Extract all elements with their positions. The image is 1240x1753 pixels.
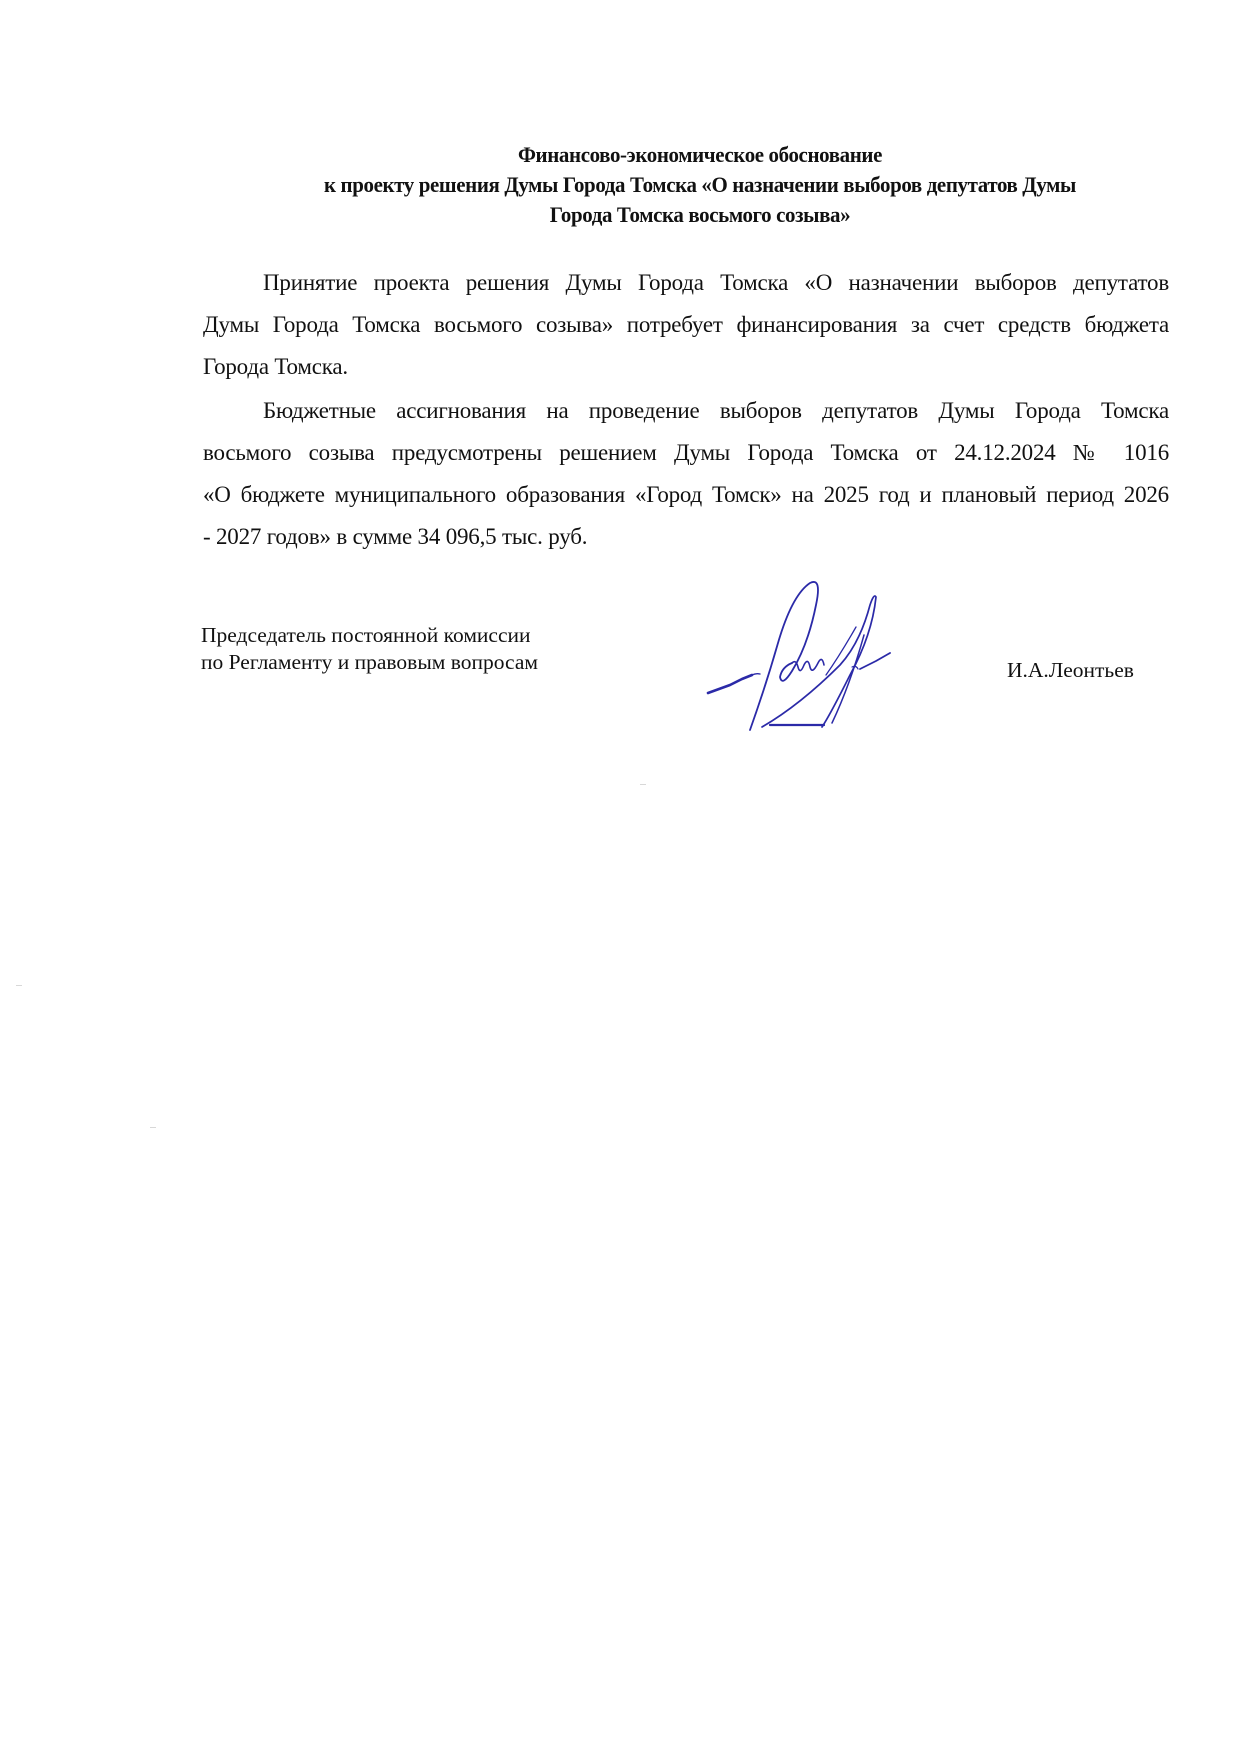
paragraph1-line-3: Города Томска. bbox=[203, 346, 1169, 388]
paragraph2-line-4: - 2027 годов» в сумме 34 096,5 тыс. руб. bbox=[203, 516, 1169, 558]
paragraph-budget: Бюджетные ассигнования на проведение выб… bbox=[203, 390, 1169, 558]
document-page: Финансово-экономическое обоснование к пр… bbox=[0, 0, 1240, 1753]
scan-artifact bbox=[640, 784, 646, 785]
signer-name: И.А.Леонтьев bbox=[1007, 657, 1134, 684]
handwritten-signature-icon bbox=[700, 575, 900, 735]
scan-artifact bbox=[150, 1127, 156, 1128]
signer-position: Председатель постоянной комиссии по Регл… bbox=[201, 622, 538, 676]
title-line-2: к проекту решения Думы Города Томска «О … bbox=[235, 170, 1165, 200]
paragraph-adoption: Принятие проекта решения Думы Города Том… bbox=[203, 262, 1169, 388]
signer-position-line-1: Председатель постоянной комиссии bbox=[201, 622, 538, 649]
paragraph2-line-1: Бюджетные ассигнования на проведение выб… bbox=[203, 390, 1169, 432]
signer-position-line-2: по Регламенту и правовым вопросам bbox=[201, 649, 538, 676]
paragraph1-line-2: Думы Города Томска восьмого созыва» потр… bbox=[203, 304, 1169, 346]
paragraph2-line-3: «О бюджете муниципального образования «Г… bbox=[203, 474, 1169, 516]
paragraph1-line-1: Принятие проекта решения Думы Города Том… bbox=[203, 262, 1169, 304]
scan-artifact bbox=[16, 985, 22, 986]
title-line-1: Финансово-экономическое обоснование bbox=[235, 140, 1165, 170]
document-title: Финансово-экономическое обоснование к пр… bbox=[235, 140, 1165, 230]
paragraph2-line-2: восьмого созыва предусмотрены решением Д… bbox=[203, 432, 1169, 474]
title-line-3: Города Томска восьмого созыва» bbox=[235, 200, 1165, 230]
